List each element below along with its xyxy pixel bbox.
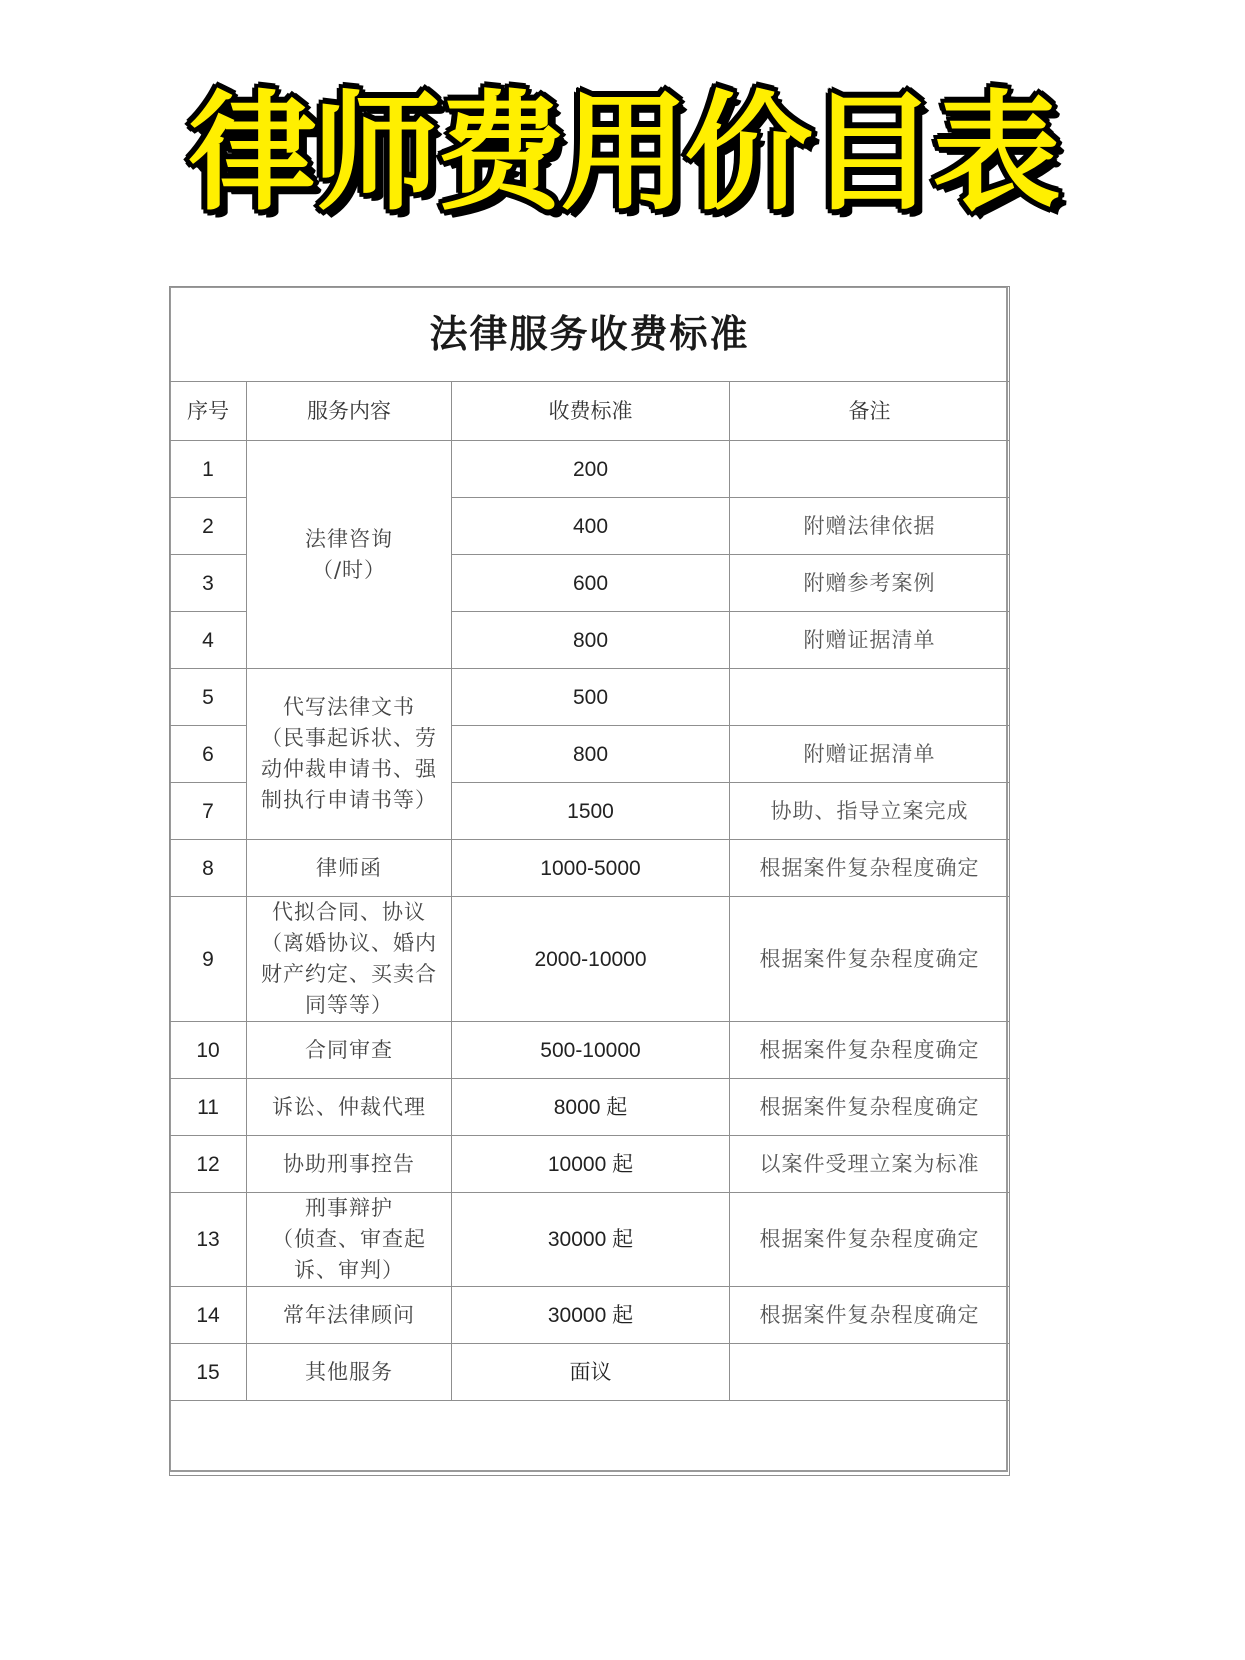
fee-cell: 1500 bbox=[452, 783, 730, 840]
fee-cell: 800 bbox=[452, 726, 730, 783]
service-line: 代写法律文书 bbox=[255, 692, 443, 723]
row-no: 6 bbox=[170, 726, 247, 783]
fee-cell: 1000-5000 bbox=[452, 840, 730, 897]
fee-cell: 面议 bbox=[452, 1344, 730, 1401]
table-row: 8 律师函 1000-5000 根据案件复杂程度确定 bbox=[170, 840, 1010, 897]
row-no: 2 bbox=[170, 498, 247, 555]
table-row: 15 其他服务 面议 bbox=[170, 1344, 1010, 1401]
fee-cell: 400 bbox=[452, 498, 730, 555]
header-no: 序号 bbox=[170, 382, 247, 441]
service-line: （/时） bbox=[255, 555, 443, 586]
row-no: 4 bbox=[170, 612, 247, 669]
banner-title: 律师费用价目表 bbox=[188, 50, 1056, 234]
row-no: 7 bbox=[170, 783, 247, 840]
note-cell: 根据案件复杂程度确定 bbox=[730, 1022, 1010, 1079]
fee-cell: 200 bbox=[452, 441, 730, 498]
table-header-row: 序号 服务内容 收费标准 备注 bbox=[170, 382, 1010, 441]
header-note: 备注 bbox=[730, 382, 1010, 441]
service-line: 动仲裁申请书、强 bbox=[255, 754, 443, 785]
note-cell: 根据案件复杂程度确定 bbox=[730, 1079, 1010, 1136]
service-line: （离婚协议、婚内 bbox=[255, 928, 443, 959]
service-line: 法律咨询 bbox=[255, 524, 443, 555]
service-line: （民事起诉状、劳 bbox=[255, 723, 443, 754]
fee-cell: 30000 起 bbox=[452, 1287, 730, 1344]
row-no: 15 bbox=[170, 1344, 247, 1401]
fee-cell: 30000 起 bbox=[452, 1193, 730, 1287]
table-row: 13 刑事辩护 （侦查、审查起 诉、审判） 30000 起 根据案件复杂程度确定 bbox=[170, 1193, 1010, 1287]
note-cell: 附赠证据清单 bbox=[730, 726, 1010, 783]
table-row: 10 合同审查 500-10000 根据案件复杂程度确定 bbox=[170, 1022, 1010, 1079]
note-cell: 根据案件复杂程度确定 bbox=[730, 1193, 1010, 1287]
table-row: 12 协助刑事控告 10000 起 以案件受理立案为标准 bbox=[170, 1136, 1010, 1193]
row-no: 9 bbox=[170, 897, 247, 1022]
row-no: 5 bbox=[170, 669, 247, 726]
service-cell: 常年法律顾问 bbox=[247, 1287, 452, 1344]
header-fee: 收费标准 bbox=[452, 382, 730, 441]
service-cell: 律师函 bbox=[247, 840, 452, 897]
row-no: 8 bbox=[170, 840, 247, 897]
row-no: 14 bbox=[170, 1287, 247, 1344]
service-cell-consult: 法律咨询 （/时） bbox=[247, 441, 452, 669]
service-cell: 诉讼、仲裁代理 bbox=[247, 1079, 452, 1136]
fee-cell: 500-10000 bbox=[452, 1022, 730, 1079]
fee-cell: 600 bbox=[452, 555, 730, 612]
service-cell-writing: 代写法律文书 （民事起诉状、劳 动仲裁申请书、强 制执行申请书等） bbox=[247, 669, 452, 840]
page-banner: 律师费用价目表 bbox=[0, 62, 1245, 222]
table-title-row: 法律服务收费标准 bbox=[170, 287, 1010, 382]
empty-cell bbox=[170, 1401, 1010, 1476]
fee-table: 法律服务收费标准 序号 服务内容 收费标准 备注 1 法律咨询 （/时） 200… bbox=[169, 286, 1010, 1476]
header-service: 服务内容 bbox=[247, 382, 452, 441]
row-no: 13 bbox=[170, 1193, 247, 1287]
table-row: 11 诉讼、仲裁代理 8000 起 根据案件复杂程度确定 bbox=[170, 1079, 1010, 1136]
row-no: 11 bbox=[170, 1079, 247, 1136]
service-line: 诉、审判） bbox=[255, 1255, 443, 1286]
service-line: 同等等） bbox=[255, 990, 443, 1021]
table-row: 1 法律咨询 （/时） 200 bbox=[170, 441, 1010, 498]
note-cell: 附赠证据清单 bbox=[730, 612, 1010, 669]
note-cell: 根据案件复杂程度确定 bbox=[730, 897, 1010, 1022]
table-row: 14 常年法律顾问 30000 起 根据案件复杂程度确定 bbox=[170, 1287, 1010, 1344]
fee-cell: 500 bbox=[452, 669, 730, 726]
service-cell: 其他服务 bbox=[247, 1344, 452, 1401]
note-cell: 根据案件复杂程度确定 bbox=[730, 840, 1010, 897]
service-cell-defense: 刑事辩护 （侦查、审查起 诉、审判） bbox=[247, 1193, 452, 1287]
note-cell: 附赠法律依据 bbox=[730, 498, 1010, 555]
table-row: 5 代写法律文书 （民事起诉状、劳 动仲裁申请书、强 制执行申请书等） 500 bbox=[170, 669, 1010, 726]
note-cell bbox=[730, 441, 1010, 498]
service-line: （侦查、审查起 bbox=[255, 1224, 443, 1255]
fee-cell: 800 bbox=[452, 612, 730, 669]
service-cell-contract: 代拟合同、协议 （离婚协议、婚内 财产约定、买卖合 同等等） bbox=[247, 897, 452, 1022]
fee-cell: 8000 起 bbox=[452, 1079, 730, 1136]
fee-cell: 2000-10000 bbox=[452, 897, 730, 1022]
service-line: 财产约定、买卖合 bbox=[255, 959, 443, 990]
service-line: 代拟合同、协议 bbox=[255, 897, 443, 928]
note-cell: 根据案件复杂程度确定 bbox=[730, 1287, 1010, 1344]
note-cell: 以案件受理立案为标准 bbox=[730, 1136, 1010, 1193]
note-cell bbox=[730, 1344, 1010, 1401]
table-title: 法律服务收费标准 bbox=[170, 287, 1010, 382]
note-cell: 协助、指导立案完成 bbox=[730, 783, 1010, 840]
row-no: 1 bbox=[170, 441, 247, 498]
table-row: 9 代拟合同、协议 （离婚协议、婚内 财产约定、买卖合 同等等） 2000-10… bbox=[170, 897, 1010, 1022]
service-cell: 协助刑事控告 bbox=[247, 1136, 452, 1193]
note-cell bbox=[730, 669, 1010, 726]
service-line: 制执行申请书等） bbox=[255, 785, 443, 816]
row-no: 10 bbox=[170, 1022, 247, 1079]
row-no: 3 bbox=[170, 555, 247, 612]
service-cell: 合同审查 bbox=[247, 1022, 452, 1079]
note-cell: 附赠参考案例 bbox=[730, 555, 1010, 612]
fee-cell: 10000 起 bbox=[452, 1136, 730, 1193]
row-no: 12 bbox=[170, 1136, 247, 1193]
table-footer-empty-row bbox=[170, 1401, 1010, 1476]
service-line: 刑事辩护 bbox=[255, 1193, 443, 1224]
